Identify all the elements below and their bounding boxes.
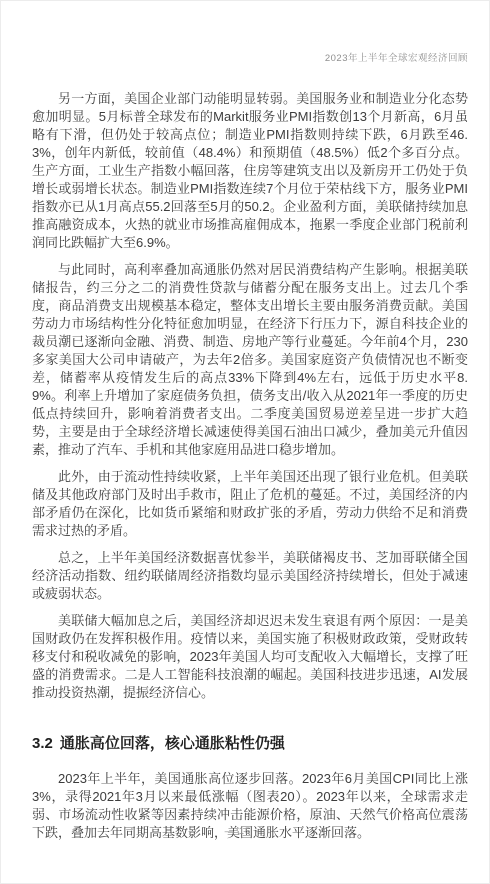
paragraph-economic-data-summary: 总之，上半年美国经济数据喜忧参半，美联储褐皮书、芝加哥联储全国经济活动指数、纽约… <box>32 549 468 603</box>
section-number: 3.2 <box>32 735 53 752</box>
section-title: 通胀高位回落，核心通胀粘性仍强 <box>60 735 285 752</box>
paragraph-banking-crisis: 此外，由于流动性持续收紧，上半年美国还出现了银行业危机。但美联储及其他政府部门及… <box>32 468 468 540</box>
page-number: — 15 — <box>0 826 490 837</box>
paragraph-no-recession-reasons: 美联储大幅加息之后，美国经济却迟迟未发生衰退有两个原因：一是美国财政仍在发挥积极… <box>32 612 468 702</box>
document-body: 另一方面，美国企业部门动能明显转弱。美国服务业和制造业分化态势愈加明显。5月标普… <box>32 90 468 851</box>
document-page: { "header": { "title": "2023年上半年全球宏观经济回顾… <box>0 0 490 884</box>
section-heading-3-2: 3.2通胀高位回落，核心通胀粘性仍强 <box>32 734 468 754</box>
paragraph-household-consumption: 与此同时，高利率叠加高通胀仍然对居民消费结构产生影响。根据美联储报告，约三分之二… <box>32 261 468 459</box>
running-header-title: 2023年上半年全球宏观经济回顾 <box>32 50 468 64</box>
paragraph-us-corporate-momentum: 另一方面，美国企业部门动能明显转弱。美国服务业和制造业分化态势愈加明显。5月标普… <box>32 90 468 252</box>
